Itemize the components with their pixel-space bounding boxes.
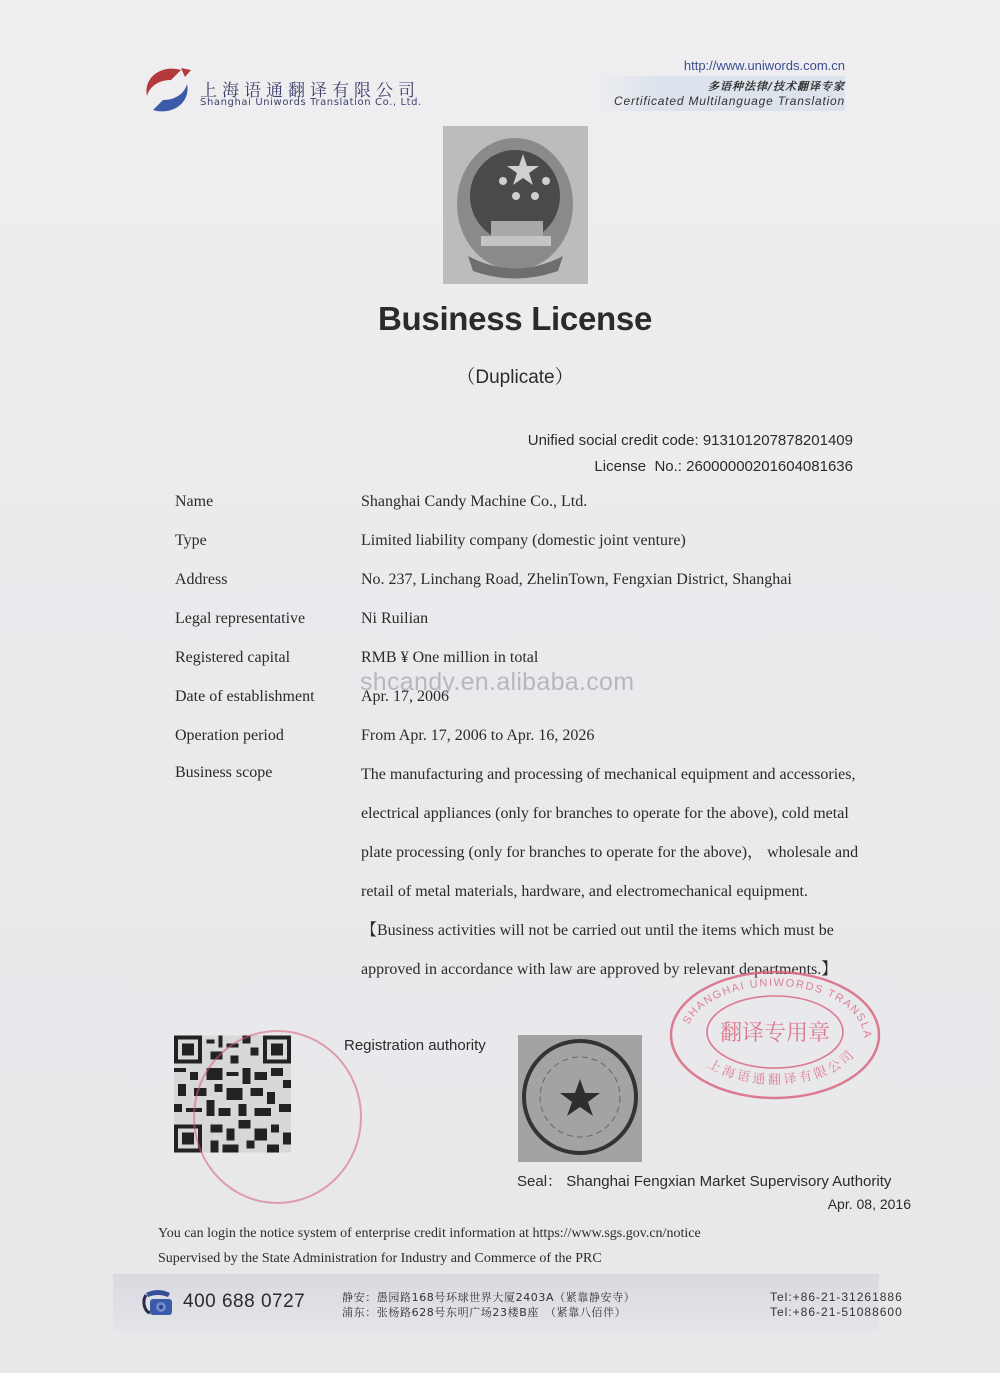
svg-text:翻译专用章: 翻译专用章	[720, 1021, 830, 1046]
government-seal-icon	[518, 1035, 642, 1162]
credit-code-value: 913101207878201409	[703, 432, 853, 449]
field-value: From Apr. 17, 2006 to Apr. 16, 2026	[361, 727, 915, 745]
credit-code-label: Unified social credit code:	[528, 432, 699, 449]
slogan-en: Certificated Multilanguage Translation	[614, 94, 845, 108]
office-tel[interactable]: Tel:+86-21-31261886	[770, 1290, 903, 1305]
business-scope-label: Business scope	[175, 755, 361, 989]
slogan-cn: 多语种法律/技术翻译专家	[614, 78, 845, 94]
swirl-logo-icon	[141, 64, 193, 116]
field-value: Ni Ruilian	[361, 610, 915, 628]
document-page: 上海语通翻译有限公司 Shanghai Uniwords Translation…	[0, 0, 1000, 1373]
license-no-label: License No.:	[594, 458, 682, 475]
page-title: Business License	[0, 300, 1000, 338]
notice-line: Supervised by the State Administration f…	[158, 1246, 701, 1271]
field-value: RMB ¥ One million in total	[361, 649, 915, 667]
field-label: Name	[175, 493, 361, 511]
office-address: 静安：愚园路168号环球世界大厦2403A（紧靠静安寺）	[270, 1290, 770, 1305]
license-fields: NameShanghai Candy Machine Co., Ltd. Typ…	[175, 482, 915, 989]
office-addresses: 静安：愚园路168号环球世界大厦2403A（紧靠静安寺） Tel:+86-21-…	[270, 1290, 903, 1320]
field-label: Registered capital	[175, 649, 361, 667]
field-row: Operation periodFrom Apr. 17, 2006 to Ap…	[175, 716, 915, 755]
telephone-icon	[140, 1287, 176, 1317]
field-label: Operation period	[175, 727, 361, 745]
scope-line: 【Business activities will not be carried…	[361, 911, 915, 950]
field-label: Date of establishment	[175, 688, 361, 706]
field-row: NameShanghai Candy Machine Co., Ltd.	[175, 482, 915, 521]
seal-authority-name: Shanghai Fengxian Market Supervisory Aut…	[566, 1173, 891, 1190]
office-address: 浦东：张杨路628号东明广场23楼B座 （紧靠八佰伴）	[270, 1305, 770, 1320]
field-label: Legal representative	[175, 610, 361, 628]
national-emblem-icon	[443, 126, 588, 284]
translation-stamp: 翻译专用章 SHANGHAI UNIWORDS TRANSLATION CO.,…	[668, 968, 882, 1102]
seal-date: Apr. 08, 2016	[828, 1196, 911, 1212]
seal-authority: Seal： Shanghai Fengxian Market Superviso…	[517, 1170, 891, 1191]
scope-line: electrical appliances (only for branches…	[361, 794, 915, 833]
company-url[interactable]: http://www.uniwords.com.cn	[594, 58, 845, 73]
office-tel[interactable]: Tel:+86-21-51088600	[770, 1305, 903, 1320]
license-no-value: 26000000201604081636	[686, 458, 853, 475]
business-scope-text: The manufacturing and processing of mech…	[361, 755, 915, 989]
company-round-stamp	[193, 1030, 362, 1204]
field-label: Address	[175, 571, 361, 589]
scope-line: retail of metal materials, hardware, and…	[361, 872, 915, 911]
header-contact: http://www.uniwords.com.cn 多语种法律/技术翻译专家 …	[594, 58, 845, 111]
license-no-row: License No.: 26000000201604081636	[528, 454, 853, 480]
notice-text: You can login the notice system of enter…	[158, 1221, 701, 1271]
watermark: shcandy.en.alibaba.com	[360, 668, 634, 697]
notice-line: You can login the notice system of enter…	[158, 1221, 701, 1246]
page-subtitle: （Duplicate）	[0, 362, 1000, 389]
field-value: No. 237, Linchang Road, ZhelinTown, Feng…	[361, 571, 915, 589]
license-codes: Unified social credit code: 913101207878…	[528, 428, 853, 480]
scope-line: The manufacturing and processing of mech…	[361, 755, 915, 794]
office-row: 浦东：张杨路628号东明广场23楼B座 （紧靠八佰伴） Tel:+86-21-5…	[270, 1305, 903, 1320]
field-label: Type	[175, 532, 361, 550]
credit-code-row: Unified social credit code: 913101207878…	[528, 428, 853, 454]
field-row: Legal representativeNi Ruilian	[175, 599, 915, 638]
registration-authority-label: Registration authority	[344, 1037, 486, 1054]
office-row: 静安：愚园路168号环球世界大厦2403A（紧靠静安寺） Tel:+86-21-…	[270, 1290, 903, 1305]
slogan-band: 多语种法律/技术翻译专家 Certificated Multilanguage …	[594, 76, 845, 111]
company-name-en: Shanghai Uniwords Translation Co., Ltd.	[200, 97, 422, 108]
field-value: Limited liability company (domestic join…	[361, 532, 915, 550]
scope-line: plate processing (only for branches to o…	[361, 833, 915, 872]
business-scope-row: Business scope The manufacturing and pro…	[175, 755, 915, 989]
field-row: TypeLimited liability company (domestic …	[175, 521, 915, 560]
field-row: AddressNo. 237, Linchang Road, ZhelinTow…	[175, 560, 915, 599]
seal-label: Seal：	[517, 1173, 562, 1190]
field-value: Shanghai Candy Machine Co., Ltd.	[361, 493, 915, 511]
